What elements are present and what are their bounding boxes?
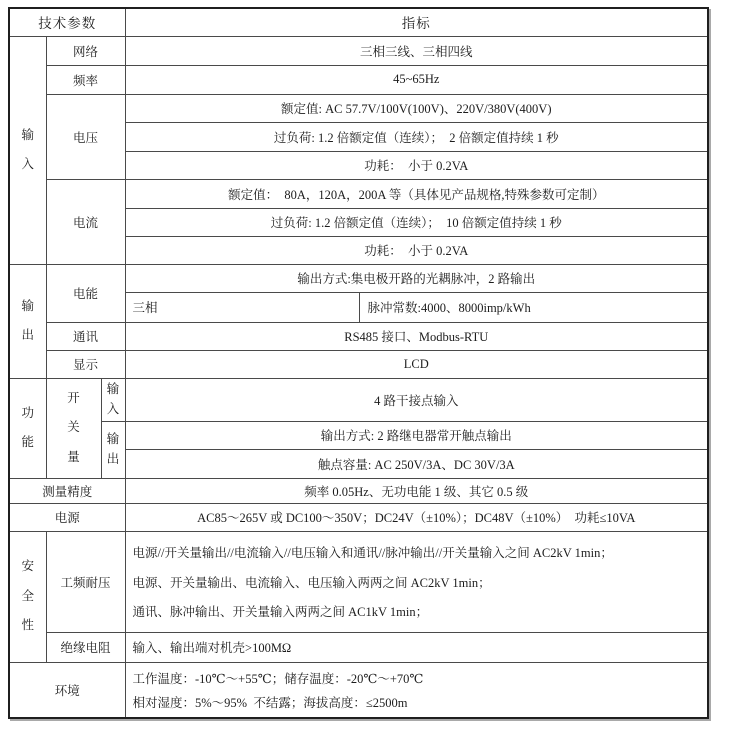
header-param-cell: 技术参数: [9, 8, 125, 36]
energy-mode-value: 输出方式:集电极开路的光耦脉冲，2 路输出: [297, 272, 535, 286]
environment-line-2: 相对湿度：5%～95% 不结露；海拔高度：≤2500m: [133, 693, 408, 711]
power-supply-label: 电源: [55, 511, 80, 525]
di-label-cell: 输入: [101, 378, 125, 421]
environment-value-cell: 工作温度：-10℃～+55℃；储存温度：-20℃～+70℃ 相对湿度：5%～95…: [125, 662, 708, 718]
withstand-line-1: 电源//开关量输出//电流输入//电压输入和通讯//脉冲输出//开关量输入之间 …: [133, 543, 613, 561]
energy-label: 电能: [73, 287, 98, 301]
environment-label-cell: 环境: [9, 662, 125, 718]
switch-label: 开关量: [66, 384, 80, 472]
energy-pulse-subcell: 脉冲常数:4000、8000imp/kWh: [360, 293, 708, 322]
power-supply-value-cell: AC85～265V 或 DC100～350V；DC24V（±10%）；DC48V…: [125, 503, 708, 531]
table-row: 绝缘电阻 输入、输出端对机壳>100MΩ: [9, 632, 708, 662]
switch-label-cell: 开关量: [46, 378, 101, 478]
do-mode-cell: 输出方式: 2 路继电器常开触点输出: [125, 421, 708, 449]
group-function-cell: 功能: [9, 378, 46, 478]
power-supply-label-cell: 电源: [9, 503, 125, 531]
voltage-label: 电压: [73, 131, 98, 145]
network-value-cell: 三相三线、三相四线: [125, 36, 708, 65]
voltage-rated-value: 额定值: AC 57.7V/100V(100V)、220V/380V(400V): [281, 102, 551, 116]
voltage-power-cell: 功耗： 小于 0.2VA: [125, 151, 708, 179]
energy-pulse-value: 脉冲常数:4000、8000imp/kWh: [368, 298, 531, 316]
voltage-overload-value: 过负荷: 1.2 倍额定值（连续）； 2 倍额定值持续 1 秒: [274, 131, 559, 145]
energy-phase-subcell: 三相: [126, 293, 360, 322]
withstand-label-cell: 工频耐压: [46, 531, 125, 632]
di-value: 4 路干接点输入: [374, 394, 458, 408]
display-value: LCD: [404, 357, 429, 371]
table-row: 通讯 RS485 接口、Modbus-RTU: [9, 322, 708, 350]
accuracy-value: 频率 0.05Hz、无功电能 1 级、其它 0.5 级: [304, 485, 528, 499]
header-indicator-label: 指标: [402, 16, 431, 31]
current-power-cell: 功耗： 小于 0.2VA: [125, 236, 708, 264]
header-param-label: 技术参数: [38, 16, 96, 31]
current-overload-value: 过负荷: 1.2 倍额定值（连续）； 10 倍额定值持续 1 秒: [271, 216, 562, 230]
display-label-cell: 显示: [46, 350, 125, 378]
comm-value-cell: RS485 接口、Modbus-RTU: [125, 322, 708, 350]
frequency-value: 45~65Hz: [393, 72, 439, 86]
table-row: 环境 工作温度：-10℃～+55℃；储存温度：-20℃～+70℃ 相对湿度：5%…: [9, 662, 708, 718]
comm-label-cell: 通讯: [46, 322, 125, 350]
voltage-rated-cell: 额定值: AC 57.7V/100V(100V)、220V/380V(400V): [125, 94, 708, 122]
table-row: 频率 45~65Hz: [9, 65, 708, 94]
group-safety-cell: 安全性: [9, 531, 46, 662]
network-label-cell: 网络: [46, 36, 125, 65]
table-row: 电流 额定值： 80A，120A，200A 等（具体见产品规格,特殊参数可定制）: [9, 179, 708, 208]
current-label-cell: 电流: [46, 179, 125, 264]
withstand-line-3: 通讯、脉冲输出、开关量输入两两之间 AC1kV 1min；: [133, 602, 429, 620]
group-function-label: 功能: [21, 399, 35, 458]
table-row: 功能 开关量 输入 4 路干接点输入: [9, 378, 708, 421]
voltage-overload-cell: 过负荷: 1.2 倍额定值（连续）； 2 倍额定值持续 1 秒: [125, 122, 708, 151]
display-value-cell: LCD: [125, 350, 708, 378]
accuracy-value-cell: 频率 0.05Hz、无功电能 1 级、其它 0.5 级: [125, 478, 708, 503]
network-value: 三相三线、三相四线: [360, 45, 473, 59]
do-label-cell: 输出: [101, 421, 125, 478]
withstand-value-cell: 电源//开关量输出//电流输入//电压输入和通讯//脉冲输出//开关量输入之间 …: [125, 531, 708, 632]
current-label: 电流: [73, 216, 98, 230]
comm-label: 通讯: [73, 330, 98, 344]
energy-phase-value: 三相: [133, 298, 158, 316]
insulation-value-cell: 输入、输出端对机壳>100MΩ: [125, 632, 708, 662]
insulation-value: 输入、输出端对机壳>100MΩ: [133, 641, 292, 655]
environment-label: 环境: [55, 684, 80, 698]
power-supply-value: AC85～265V 或 DC100～350V；DC24V（±10%）；DC48V…: [197, 511, 635, 525]
table-row: 电源 AC85～265V 或 DC100～350V；DC24V（±10%）；DC…: [9, 503, 708, 531]
do-label: 输出: [106, 430, 120, 469]
di-value-cell: 4 路干接点输入: [125, 378, 708, 421]
table-row: 测量精度 频率 0.05Hz、无功电能 1 级、其它 0.5 级: [9, 478, 708, 503]
group-input-cell: 输入: [9, 36, 46, 264]
table-row: 电压 额定值: AC 57.7V/100V(100V)、220V/380V(40…: [9, 94, 708, 122]
group-safety-label: 安全性: [21, 552, 35, 640]
accuracy-label: 测量精度: [42, 485, 92, 499]
display-label: 显示: [73, 358, 98, 372]
table-row: 安全性 工频耐压 电源//开关量输出//电流输入//电压输入和通讯//脉冲输出/…: [9, 531, 708, 632]
accuracy-label-cell: 测量精度: [9, 478, 125, 503]
do-capacity-cell: 触点容量: AC 250V/3A、DC 30V/3A: [125, 449, 708, 478]
do-mode-value: 输出方式: 2 路继电器常开触点输出: [321, 429, 512, 443]
table-row: 显示 LCD: [9, 350, 708, 378]
withstand-label: 工频耐压: [61, 576, 111, 590]
spec-table: 技术参数 指标 输入 网络 三相三线、三相四线 频率 45~65Hz 电压 额定…: [8, 7, 709, 719]
table-row: 输入 网络 三相三线、三相四线: [9, 36, 708, 65]
di-label: 输入: [106, 380, 120, 419]
current-power-value: 功耗： 小于 0.2VA: [364, 244, 468, 258]
voltage-label-cell: 电压: [46, 94, 125, 179]
insulation-label-cell: 绝缘电阻: [46, 632, 125, 662]
environment-line-1: 工作温度：-10℃～+55℃；储存温度：-20℃～+70℃: [133, 669, 424, 687]
table-row: 技术参数 指标: [9, 8, 708, 36]
voltage-power-value: 功耗： 小于 0.2VA: [364, 159, 468, 173]
group-input-label: 输入: [21, 121, 35, 180]
network-label: 网络: [73, 45, 98, 59]
do-capacity-value: 触点容量: AC 250V/3A、DC 30V/3A: [318, 458, 515, 472]
frequency-value-cell: 45~65Hz: [125, 65, 708, 94]
frequency-label: 频率: [73, 74, 98, 88]
table-row: 输出 输出方式: 2 路继电器常开触点输出: [9, 421, 708, 449]
withstand-line-2: 电源、开关量输出、电流输入、电压输入两两之间 AC2kV 1min；: [133, 573, 491, 591]
current-rated-value: 额定值： 80A，120A，200A 等（具体见产品规格,特殊参数可定制）: [228, 188, 604, 202]
group-output-label: 输出: [21, 292, 35, 351]
comm-value: RS485 接口、Modbus-RTU: [344, 330, 488, 344]
frequency-label-cell: 频率: [46, 65, 125, 94]
group-output-cell: 输出: [9, 264, 46, 378]
current-overload-cell: 过负荷: 1.2 倍额定值（连续）； 10 倍额定值持续 1 秒: [125, 208, 708, 236]
energy-pulse-cell: 三相 脉冲常数:4000、8000imp/kWh: [125, 292, 708, 322]
energy-mode-cell: 输出方式:集电极开路的光耦脉冲，2 路输出: [125, 264, 708, 292]
insulation-label: 绝缘电阻: [61, 641, 111, 655]
energy-label-cell: 电能: [46, 264, 125, 322]
table-row: 输出 电能 输出方式:集电极开路的光耦脉冲，2 路输出: [9, 264, 708, 292]
current-rated-cell: 额定值： 80A，120A，200A 等（具体见产品规格,特殊参数可定制）: [125, 179, 708, 208]
header-indicator-cell: 指标: [125, 8, 708, 36]
